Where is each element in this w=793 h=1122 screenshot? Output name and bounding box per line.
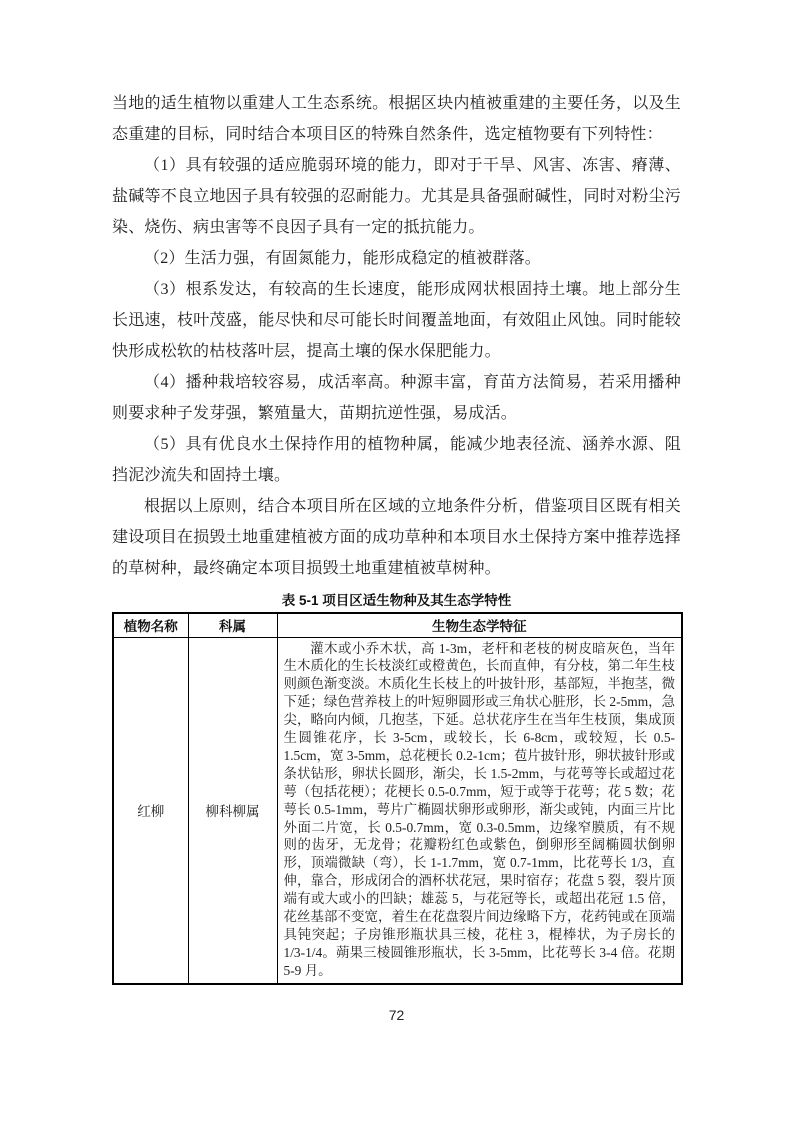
cell-plant-name: 红柳 — [113, 637, 188, 984]
cell-family: 柳科柳属 — [188, 637, 277, 984]
body-paragraph-6: （5）具有优良水土保持作用的植物种属，能减少地表径流、涵养水源、阻挡泥沙流失和固… — [112, 429, 681, 491]
header-bio-characteristics: 生物生态学特征 — [277, 613, 682, 637]
table-header-row: 植物名称 科属 生物生态学特征 — [113, 613, 682, 637]
header-family: 科属 — [188, 613, 277, 637]
body-paragraph-5: （4）播种栽培较容易，成活率高。种源丰富，育苗方法简易，若采用播种则要求种子发芽… — [112, 367, 681, 429]
body-paragraph-4: （3）根系发达，有较高的生长速度，能形成网状根固持土壤。地上部分生长迅速，枝叶茂… — [112, 274, 681, 367]
table-caption: 表 5-1 项目区适生物种及其生态学特性 — [112, 592, 681, 609]
body-paragraph-1: 当地的适生植物以重建人工生态系统。根据区块内植被重建的主要任务，以及生态重建的目… — [112, 88, 681, 150]
species-table: 植物名称 科属 生物生态学特征 红柳 柳科柳属 灌木或小乔木状，高 1-3m，老… — [112, 612, 683, 985]
table-row-hongliu: 红柳 柳科柳属 灌木或小乔木状，高 1-3m，老杆和老枝的树皮暗灰色，当年生木质… — [113, 637, 682, 984]
body-paragraph-2: （1）具有较强的适应脆弱环境的能力，即对于干旱、风害、冻害、瘠薄、盐碱等不良立地… — [112, 150, 681, 243]
description-text: 灌木或小乔木状，高 1-3m，老杆和老枝的树皮暗灰色，当年生木质化的生长枝淡红或… — [284, 640, 676, 980]
page-number: 72 — [0, 1007, 793, 1023]
page-content: 当地的适生植物以重建人工生态系统。根据区块内植被重建的主要任务，以及生态重建的目… — [112, 88, 681, 985]
cell-description: 灌木或小乔木状，高 1-3m，老杆和老枝的树皮暗灰色，当年生木质化的生长枝淡红或… — [277, 637, 682, 984]
body-paragraph-3: （2）生活力强，有固氮能力，能形成稳定的植被群落。 — [112, 243, 681, 274]
body-paragraph-7: 根据以上原则，结合本项目所在区域的立地条件分析，借鉴项目区既有相关建设项目在损毁… — [112, 491, 681, 584]
document-page: 当地的适生植物以重建人工生态系统。根据区块内植被重建的主要任务，以及生态重建的目… — [0, 0, 793, 1122]
header-plant-name: 植物名称 — [113, 613, 188, 637]
